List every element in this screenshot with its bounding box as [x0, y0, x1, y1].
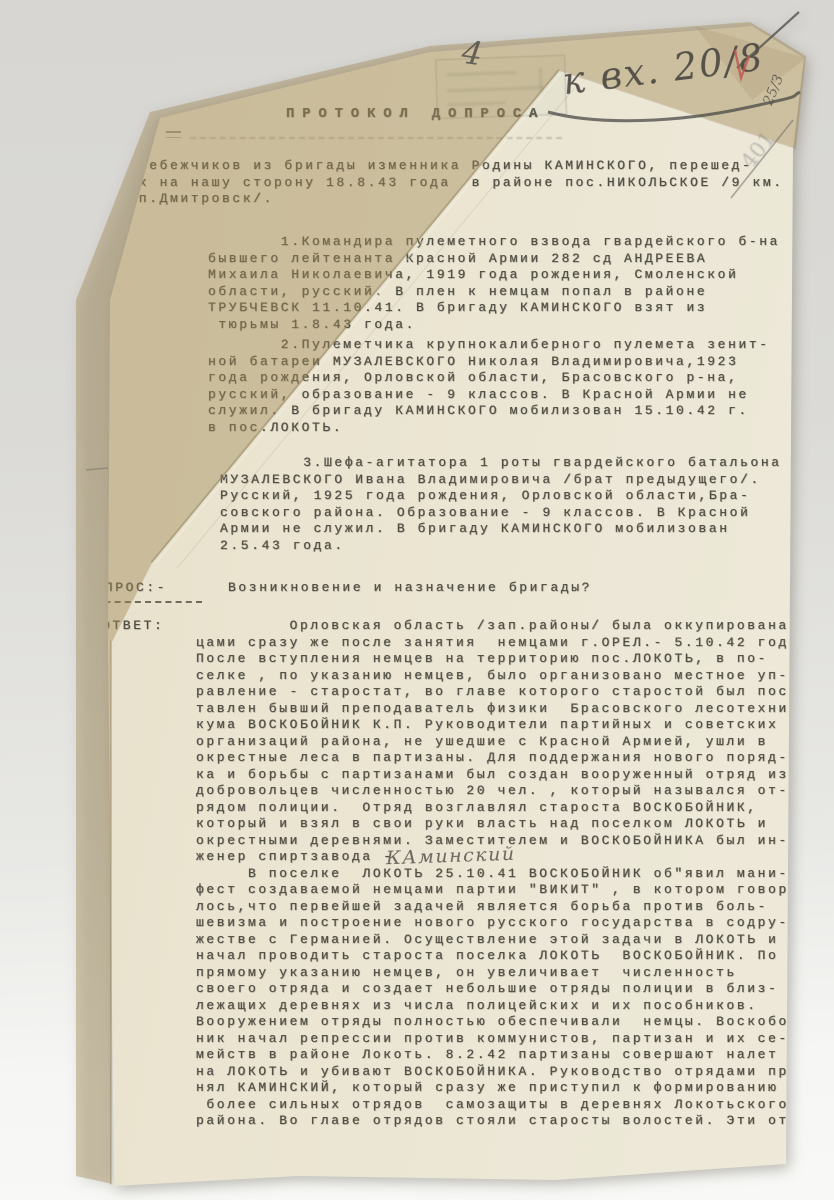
- margin-dash: [86, 468, 108, 470]
- stamp-line: [539, 68, 542, 92]
- document-page: ДЕЛ ПРОТОКОЛ ДОПРОСА Перебежчиков из бри…: [0, 0, 834, 1200]
- margin-mark-zk: Зк: [77, 429, 98, 449]
- question-text: Возникновение и назначение бригады?: [228, 580, 592, 597]
- scan-background: { "document": { "title": "ПРОТОКОЛ ДОПРО…: [0, 0, 834, 1200]
- page-title: ПРОТОКОЛ ДОПРОСА: [286, 106, 545, 123]
- title-equals-mark: [166, 131, 181, 138]
- handwritten-kaminsky: КАминский: [386, 843, 516, 870]
- person-3-paragraph: 3.Шефа-агитатора 1 роты гвардейского бат…: [220, 455, 782, 554]
- title-underline: [190, 137, 562, 139]
- intro-paragraph: Перебежчиков из бригады изменника Родины…: [118, 158, 784, 208]
- document-stack: ДЕЛ ПРОТОКОЛ ДОПРОСА Перебежчиков из бри…: [0, 0, 834, 1200]
- person-1-paragraph: 1.Командира пулеметного взвода гвардейск…: [208, 234, 780, 333]
- question-label: ВОПРОС:-: [84, 580, 167, 597]
- stamp-line: [447, 87, 543, 92]
- person-2-paragraph: 2.Пулеметчика крупнокалиберного пулемета…: [208, 337, 770, 436]
- answer-block: Орловская область /зап.районы/ была окку…: [196, 618, 834, 1130]
- answer-label: ОТВЕТ:: [102, 618, 164, 635]
- question-underline: [84, 601, 202, 603]
- margin-mark-t: Т: [77, 261, 98, 292]
- stamp-line: [447, 71, 517, 75]
- del-stamp: ДЕЛ: [181, 76, 235, 94]
